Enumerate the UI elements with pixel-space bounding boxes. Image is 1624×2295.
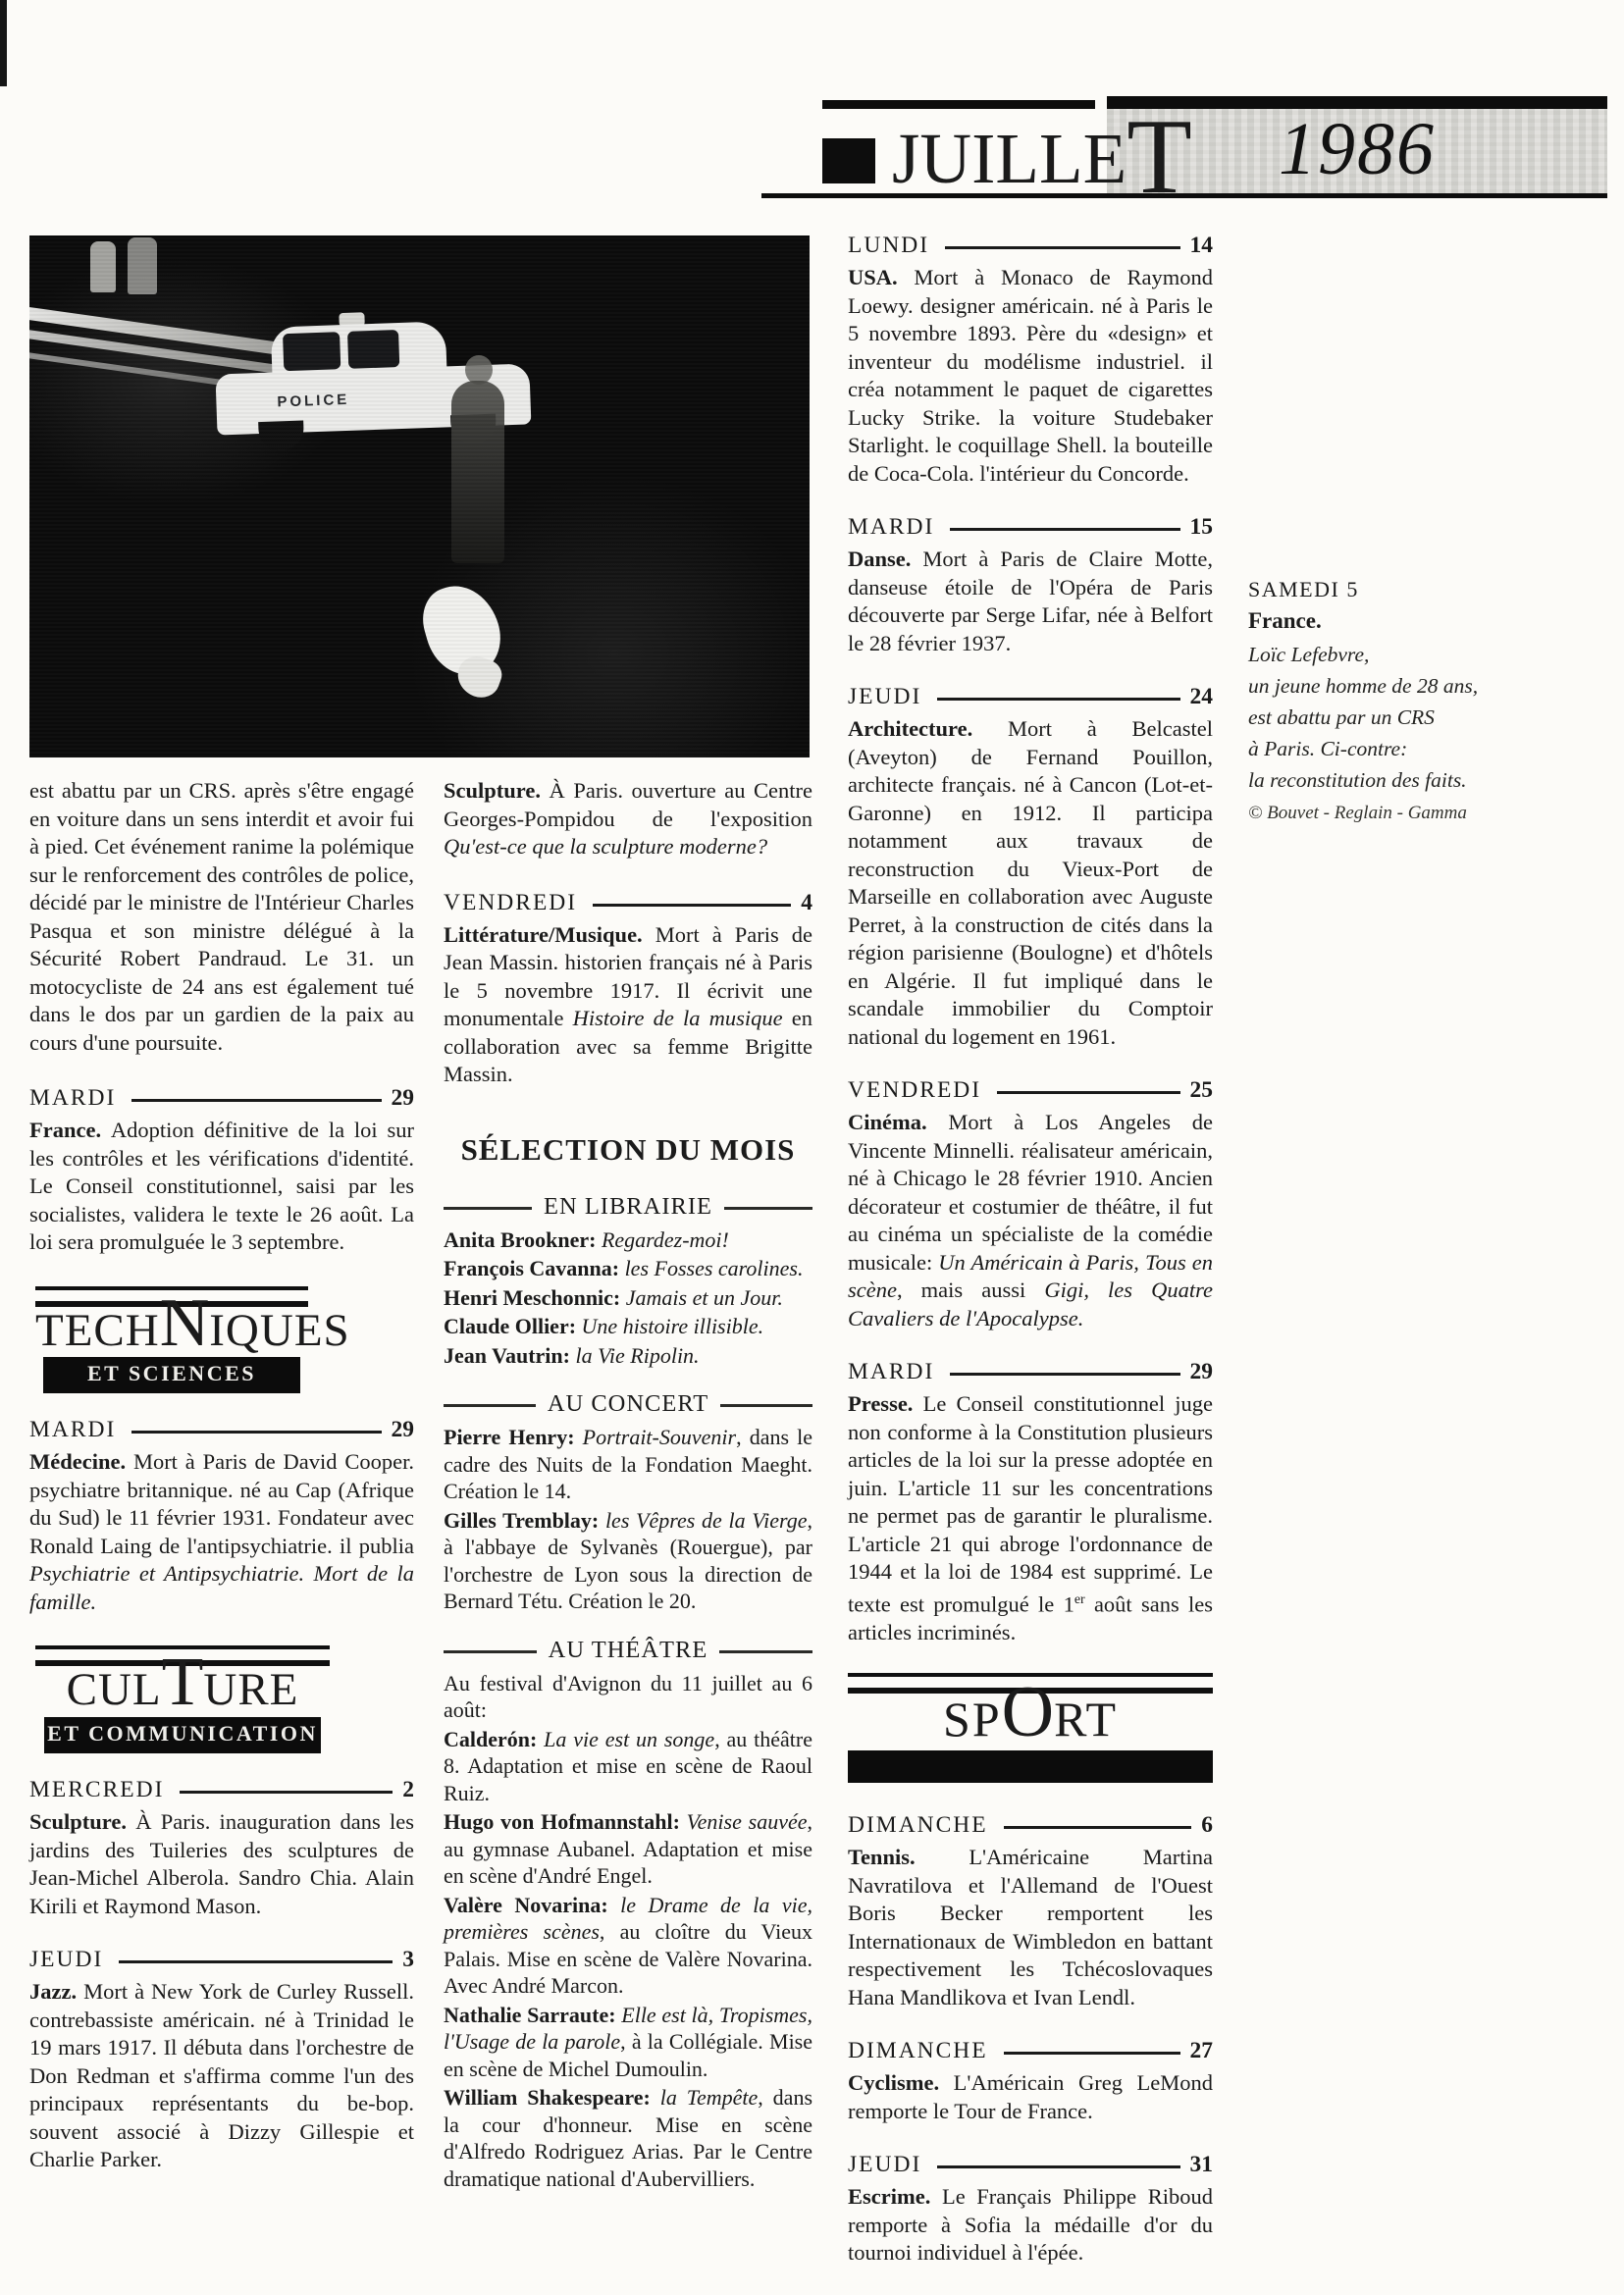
- section-subtitle-bar: ET COMMUNICATION: [44, 1717, 321, 1753]
- header-bottom-rule: [761, 193, 1607, 198]
- day-name: MARDI: [848, 1359, 934, 1385]
- subsection-label: AU CONCERT: [536, 1390, 720, 1418]
- calendar-entry: MARDI 29 France. Adoption définitive de …: [29, 1085, 414, 1257]
- entry-body: Escrime. Le Français Philippe Riboud rem…: [848, 2183, 1213, 2268]
- month-label: JUILLE: [892, 130, 1126, 188]
- calendar-entry: VENDREDI 4 Littérature/Musique. Mort à P…: [444, 890, 812, 1089]
- entry-body: Cinéma. Mort à Los Angeles de Vincente M…: [848, 1109, 1213, 1332]
- calendar-entry: DIMANCHE 27 Cyclisme. L'Américain Greg L…: [848, 2038, 1213, 2125]
- day-number: 31: [1190, 2152, 1214, 2178]
- section-title-capital: N: [160, 1285, 210, 1361]
- calendar-entry: MARDI 29 Presse. Le Conseil constitution…: [848, 1359, 1213, 1646]
- day-header: MARDI 15: [848, 514, 1213, 541]
- day-name: VENDREDI: [848, 1077, 981, 1104]
- day-name: MARDI: [29, 1085, 116, 1112]
- section-title-part: IQUES: [209, 1305, 349, 1356]
- year-label: 1986: [1279, 112, 1436, 190]
- caption-line: à Paris. Ci-contre:: [1248, 733, 1587, 764]
- day-rule: [950, 528, 1179, 531]
- day-number: 29: [392, 1417, 415, 1443]
- subsection-rule: [724, 1207, 812, 1210]
- calendar-entry: MARDI 15 Danse. Mort à Paris de Claire M…: [848, 514, 1213, 657]
- day-rule: [997, 1091, 1179, 1094]
- day-number: 14: [1190, 233, 1214, 259]
- page-header: 1986 JUILLE T: [820, 94, 1607, 198]
- list-item: Nathalie Sarraute: Elle est là, Tropisme…: [444, 2002, 812, 2083]
- subsection-rule: [444, 1650, 537, 1653]
- entry-body: Tennis. L'Américaine Martina Navratilova…: [848, 1844, 1213, 2011]
- day-header: LUNDI 14: [848, 233, 1213, 259]
- entry-body: USA. Mort à Monaco de Raymond Loewy. des…: [848, 264, 1213, 488]
- calendar-entry: JEUDI 24 Architecture. Mort à Belcastel …: [848, 684, 1213, 1051]
- list-item: François Cavanna: les Fosses carolines.: [444, 1255, 812, 1282]
- photo-grain-overlay: [29, 235, 810, 757]
- calendar-entry: VENDREDI 25 Cinéma. Mort à Los Angeles d…: [848, 1077, 1213, 1332]
- day-name: MARDI: [848, 514, 934, 541]
- list-item: Gilles Tremblay: les Vêpres de la Vierge…: [444, 1507, 812, 1615]
- entry-body: Sculpture. À Paris. ouverture au Centre …: [444, 777, 812, 861]
- entry-body: France. Adoption définitive de la loi su…: [29, 1117, 414, 1257]
- day-number: 25: [1190, 1077, 1214, 1104]
- day-rule: [119, 1960, 393, 1963]
- section-banner-sport: SPORT: [848, 1673, 1213, 1783]
- caption-line: Loïc Lefebvre,: [1248, 639, 1587, 670]
- section-title-part: RT: [1054, 1692, 1118, 1747]
- column-right: LUNDI 14 USA. Mort à Monaco de Raymond L…: [848, 233, 1213, 2294]
- day-name: JEUDI: [29, 1947, 103, 1973]
- selection-title: SÉLECTION DU MOIS: [444, 1132, 812, 1168]
- list-item: Calderón: La vie est un songe, au théâtr…: [444, 1726, 812, 1807]
- day-header: MERCREDI 2: [29, 1777, 414, 1803]
- calendar-entry: JEUDI 31 Escrime. Le Français Philippe R…: [848, 2152, 1213, 2268]
- day-rule: [180, 1791, 393, 1794]
- day-rule: [1004, 2052, 1180, 2055]
- section-subtitle-bar: [848, 1750, 1213, 1783]
- column-middle: Sculpture. À Paris. ouverture au Centre …: [444, 777, 812, 2194]
- day-header: MARDI 29: [848, 1359, 1213, 1385]
- header-top-rule: [822, 100, 1095, 109]
- day-number: 2: [402, 1777, 414, 1803]
- day-rule: [937, 2165, 1179, 2168]
- day-number: 29: [1190, 1359, 1214, 1385]
- month-label-capital: T: [1126, 125, 1192, 188]
- caption-line: est abattu par un CRS: [1248, 702, 1587, 733]
- subsection-theatre: AU THÉÂTRE: [444, 1637, 812, 1664]
- section-banner-culture: CULTURE ET COMMUNICATION: [35, 1645, 330, 1753]
- subsection-rule: [719, 1650, 812, 1653]
- magazine-page: 1986 JUILLE T POLICE S: [0, 0, 1624, 2295]
- section-title-part: SP: [943, 1692, 1002, 1747]
- day-header: MARDI 29: [29, 1417, 414, 1443]
- day-name: JEUDI: [848, 2152, 921, 2178]
- day-header: VENDREDI 25: [848, 1077, 1213, 1104]
- list-item: Pierre Henry: Portrait-Souvenir, dans le…: [444, 1424, 812, 1505]
- day-number: 6: [1201, 1812, 1213, 1839]
- list-item: Jean Vautrin: la Vie Ripolin.: [444, 1342, 812, 1370]
- day-rule: [950, 1373, 1179, 1376]
- list-item: Valère Novarina: le Drame de la vie, pre…: [444, 1892, 812, 2000]
- day-name: LUNDI: [848, 233, 929, 259]
- subsection-rule: [444, 1207, 532, 1210]
- day-rule: [937, 698, 1179, 701]
- section-banner-techniques: TECHNIQUES ET SCIENCES: [35, 1286, 308, 1394]
- day-number: 29: [392, 1085, 415, 1112]
- section-subtitle-bar: ET SCIENCES: [43, 1357, 299, 1393]
- section-title: SPORT: [848, 1695, 1213, 1745]
- day-header: JEUDI 24: [848, 684, 1213, 710]
- day-rule: [131, 1099, 381, 1102]
- month-marker-square: [822, 138, 875, 183]
- photo-caption: SAMEDI 5 France. Loïc Lefebvre, un jeune…: [1248, 577, 1587, 829]
- column-left: est abattu par un CRS. après s'être enga…: [29, 777, 414, 2201]
- entry-body: Médecine. Mort à Paris de David Cooper. …: [29, 1448, 414, 1616]
- day-name: DIMANCHE: [848, 2038, 988, 2064]
- caption-line: un jeune homme de 28 ans,: [1248, 670, 1587, 702]
- list-item: Hugo von Hofmannstahl: Venise sauvée, au…: [444, 1808, 812, 1890]
- day-header: DIMANCHE 27: [848, 2038, 1213, 2064]
- list-item: Henri Meschonnic: Jamais et un Jour.: [444, 1284, 812, 1312]
- day-name: DIMANCHE: [848, 1812, 988, 1839]
- entry-body: Cyclisme. L'Américain Greg LeMond rempor…: [848, 2069, 1213, 2125]
- section-title-capital: O: [1002, 1672, 1054, 1752]
- subsection-librairie: EN LIBRAIRIE: [444, 1193, 812, 1221]
- calendar-entry: DIMANCHE 6 Tennis. L'Américaine Martina …: [848, 1812, 1213, 2011]
- caption-lead: France.: [1248, 608, 1587, 634]
- day-name: MERCREDI: [29, 1777, 164, 1803]
- section-title-capital: T: [162, 1644, 204, 1720]
- day-header: VENDREDI 4: [444, 890, 812, 916]
- list-item: William Shakespeare: la Tempête, dans la…: [444, 2084, 812, 2192]
- day-header: MARDI 29: [29, 1085, 414, 1112]
- calendar-entry: LUNDI 14 USA. Mort à Monaco de Raymond L…: [848, 233, 1213, 488]
- subsection-concert: AU CONCERT: [444, 1390, 812, 1418]
- entry-body: Sculpture. À Paris. inauguration dans le…: [29, 1808, 414, 1920]
- subsection-rule: [720, 1404, 812, 1407]
- day-header: DIMANCHE 6: [848, 1812, 1213, 1839]
- entry-body: Presse. Le Conseil constitutionnel juge …: [848, 1390, 1213, 1646]
- day-header: JEUDI 3: [29, 1947, 414, 1973]
- section-title-part: URE: [203, 1664, 298, 1715]
- subsection-rule: [444, 1404, 536, 1407]
- day-number: 27: [1190, 2038, 1214, 2064]
- section-title-part: CUL: [67, 1664, 162, 1715]
- caption-photo-credit: © Bouvet - Reglain - Gamma: [1248, 798, 1587, 829]
- day-rule: [945, 246, 1179, 249]
- day-number: 24: [1190, 684, 1214, 710]
- day-number: 15: [1190, 514, 1214, 541]
- section-title: CULTURE: [35, 1667, 330, 1714]
- caption-line: la reconstitution des faits.: [1248, 764, 1587, 796]
- calendar-entry: JEUDI 3 Jazz. Mort à New York de Curley …: [29, 1947, 414, 2174]
- caption-date: SAMEDI 5: [1248, 577, 1587, 602]
- subsection-label: AU THÉÂTRE: [537, 1637, 720, 1664]
- news-photo: POLICE: [29, 235, 810, 757]
- day-rule: [131, 1431, 381, 1434]
- day-number: 4: [801, 890, 812, 916]
- entry-body: Danse. Mort à Paris de Claire Motte, dan…: [848, 546, 1213, 657]
- entry-body: Jazz. Mort à New York de Curley Russell.…: [29, 1978, 414, 2174]
- calendar-entry: MARDI 29 Médecine. Mort à Paris de David…: [29, 1417, 414, 1616]
- entry-body: Littérature/Musique. Mort à Paris de Jea…: [444, 921, 812, 1089]
- entry-body: Architecture. Mort à Belcastel (Aveyton)…: [848, 715, 1213, 1051]
- list-item: Anita Brookner: Regardez-moi!: [444, 1226, 812, 1254]
- month-title: JUILLE T: [822, 125, 1192, 188]
- scan-artifact: [0, 0, 7, 86]
- day-name: VENDREDI: [444, 890, 577, 916]
- day-rule: [593, 904, 791, 907]
- calendar-entry: MERCREDI 2 Sculpture. À Paris. inaugurat…: [29, 1777, 414, 1920]
- subsection-label: EN LIBRAIRIE: [532, 1193, 724, 1221]
- day-rule: [1004, 1826, 1192, 1829]
- day-number: 3: [402, 1947, 414, 1973]
- day-header: JEUDI 31: [848, 2152, 1213, 2178]
- day-name: MARDI: [29, 1417, 116, 1443]
- day-name: JEUDI: [848, 684, 921, 710]
- theatre-intro: Au festival d'Avignon du 11 juillet au 6…: [444, 1670, 812, 1724]
- list-item: Claude Ollier: Une histoire illisible.: [444, 1313, 812, 1340]
- section-title-part: TECH: [35, 1305, 160, 1356]
- entry-body: est abattu par un CRS. après s'être enga…: [29, 777, 414, 1057]
- section-title: TECHNIQUES: [35, 1308, 308, 1355]
